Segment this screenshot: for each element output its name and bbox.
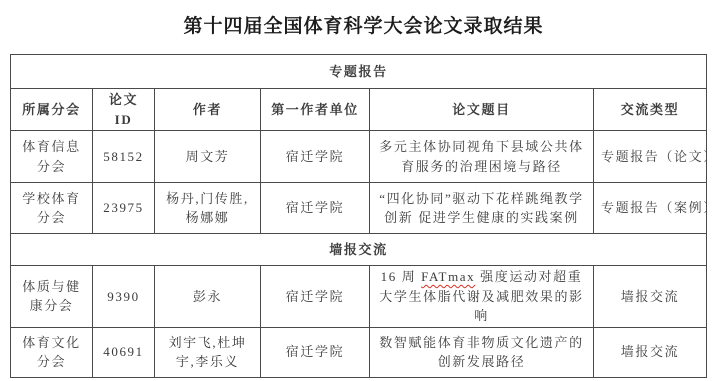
spellcheck-flagged-word: FATmax: [421, 269, 475, 284]
cell-exchange-type: 墙报交流: [594, 266, 707, 328]
cell-paper-id: 23975: [93, 183, 155, 234]
cell-unit: 宿迁学院: [261, 131, 370, 183]
column-header-branch: 所属分会: [11, 89, 93, 131]
results-table: 专题报告 所属分会 论文 ID 作者 第一作者单位 论文题目 交流类型 体育信息…: [10, 54, 707, 378]
cell-branch: 体质与健康分会: [11, 266, 93, 328]
cell-paper-id: 40691: [93, 327, 155, 377]
cell-unit: 宿迁学院: [261, 266, 370, 328]
section-header-poster-exchange-row: 墙报交流: [11, 234, 707, 266]
table-row: 学校体育分会 23975 杨丹,门传胜,杨娜娜 宿迁学院 “四化协同”驱动下花样…: [11, 183, 707, 234]
cell-paper-title: 多元主体协同视角下县域公共体育服务的治理困境与路径: [370, 131, 594, 183]
cell-authors: 周文芳: [155, 131, 261, 183]
cell-branch: 体育信息分会: [11, 131, 93, 183]
cell-branch: 学校体育分会: [11, 183, 93, 234]
column-header-authors: 作者: [155, 89, 261, 131]
column-header-exchange-type: 交流类型: [594, 89, 707, 131]
table-row: 体质与健康分会 9390 彭永 宿迁学院 16 周 FATmax 强度运动对超重…: [11, 266, 707, 328]
cell-exchange-type: 墙报交流: [594, 327, 707, 377]
cell-paper-title: 16 周 FATmax 强度运动对超重大学生体脂代谢及减肥效果的影响: [370, 266, 594, 328]
section-header-special-report: 专题报告: [11, 55, 707, 89]
table-row: 体育文化分会 40691 刘宇飞,杜坤宇,李乐义 宿迁学院 数智赋能体育非物质文…: [11, 327, 707, 377]
section-header-poster-exchange: 墙报交流: [11, 234, 707, 266]
document-title: 第十四届全国体育科学大会论文录取结果: [0, 0, 727, 40]
table-row: 体育信息分会 58152 周文芳 宿迁学院 多元主体协同视角下县域公共体育服务的…: [11, 131, 707, 183]
column-header-paper-title: 论文题目: [370, 89, 594, 131]
cell-paper-id: 9390: [93, 266, 155, 328]
section-header-special-report-row: 专题报告: [11, 55, 707, 89]
cell-unit: 宿迁学院: [261, 183, 370, 234]
cell-authors: 刘宇飞,杜坤宇,李乐义: [155, 327, 261, 377]
column-header-first-author-unit: 第一作者单位: [261, 89, 370, 131]
cell-paper-id: 58152: [93, 131, 155, 183]
cell-authors: 杨丹,门传胜,杨娜娜: [155, 183, 261, 234]
paper-title-text: 16 周: [381, 269, 422, 284]
column-header-row: 所属分会 论文 ID 作者 第一作者单位 论文题目 交流类型: [11, 89, 707, 131]
cell-authors: 彭永: [155, 266, 261, 328]
cell-paper-title: 数智赋能体育非物质文化遗产的创新发展路径: [370, 327, 594, 377]
column-header-paper-id: 论文 ID: [93, 89, 155, 131]
cell-unit: 宿迁学院: [261, 327, 370, 377]
cell-paper-title: “四化协同”驱动下花样跳绳教学创新 促进学生健康的实践案例: [370, 183, 594, 234]
cell-exchange-type: 专题报告（案例）: [594, 183, 707, 234]
cell-branch: 体育文化分会: [11, 327, 93, 377]
cell-exchange-type: 专题报告（论文）: [594, 131, 707, 183]
